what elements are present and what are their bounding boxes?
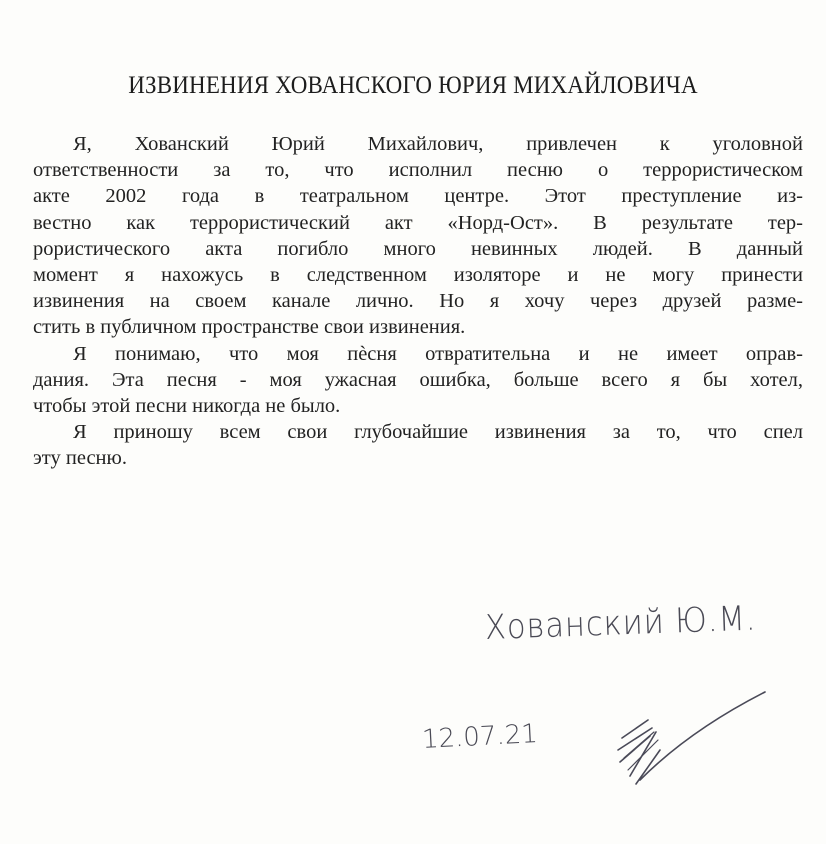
signature-scribble-icon [600,680,770,800]
text-line: извинения на своем канале лично. Но я хо… [33,288,803,314]
paragraph-2: Я понимаю, что моя пѐсня отвратительна и… [33,341,803,420]
document-page: ИЗВИНЕНИЯ ХОВАНСКОГО ЮРИЯ МИХАЙЛОВИЧА Я,… [0,0,826,844]
text-line: акте 2002 года в театральном центре. Это… [33,183,803,209]
text-line: ответственности за то, что исполнил песн… [33,157,803,183]
text-line: чтобы этой песни никогда не было. [33,393,803,419]
text-line: Я приношу всем свои глубочайшие извинени… [33,419,803,445]
text-line: Я, Хованский Юрий Михайлович, привлечен … [33,131,803,157]
document-body: Я, Хованский Юрий Михайлович, привлечен … [33,131,803,472]
text-line: рористического акта погибло много невинн… [33,236,803,262]
text-line: вестно как террористический акт «Норд-Ос… [33,210,803,236]
text-line: эту песню. [33,445,803,471]
text-line: дания. Эта песня - моя ужасная ошибка, б… [33,367,803,393]
text-line: Я понимаю, что моя пѐсня отвратительна и… [33,341,803,367]
handwritten-name: Хованский Ю.М. [484,599,757,648]
text-line: момент я нахожусь в следственном изолято… [33,262,803,288]
document-title: ИЗВИНЕНИЯ ХОВАНСКОГО ЮРИЯ МИХАЙЛОВИЧА [33,72,793,100]
text-line: стить в публичном пространстве свои изви… [33,314,803,340]
paragraph-1: Я, Хованский Юрий Михайлович, привлечен … [33,131,803,341]
handwritten-date: 12.07.21 [421,719,538,755]
paragraph-3: Я приношу всем свои глубочайшие извинени… [33,419,803,471]
